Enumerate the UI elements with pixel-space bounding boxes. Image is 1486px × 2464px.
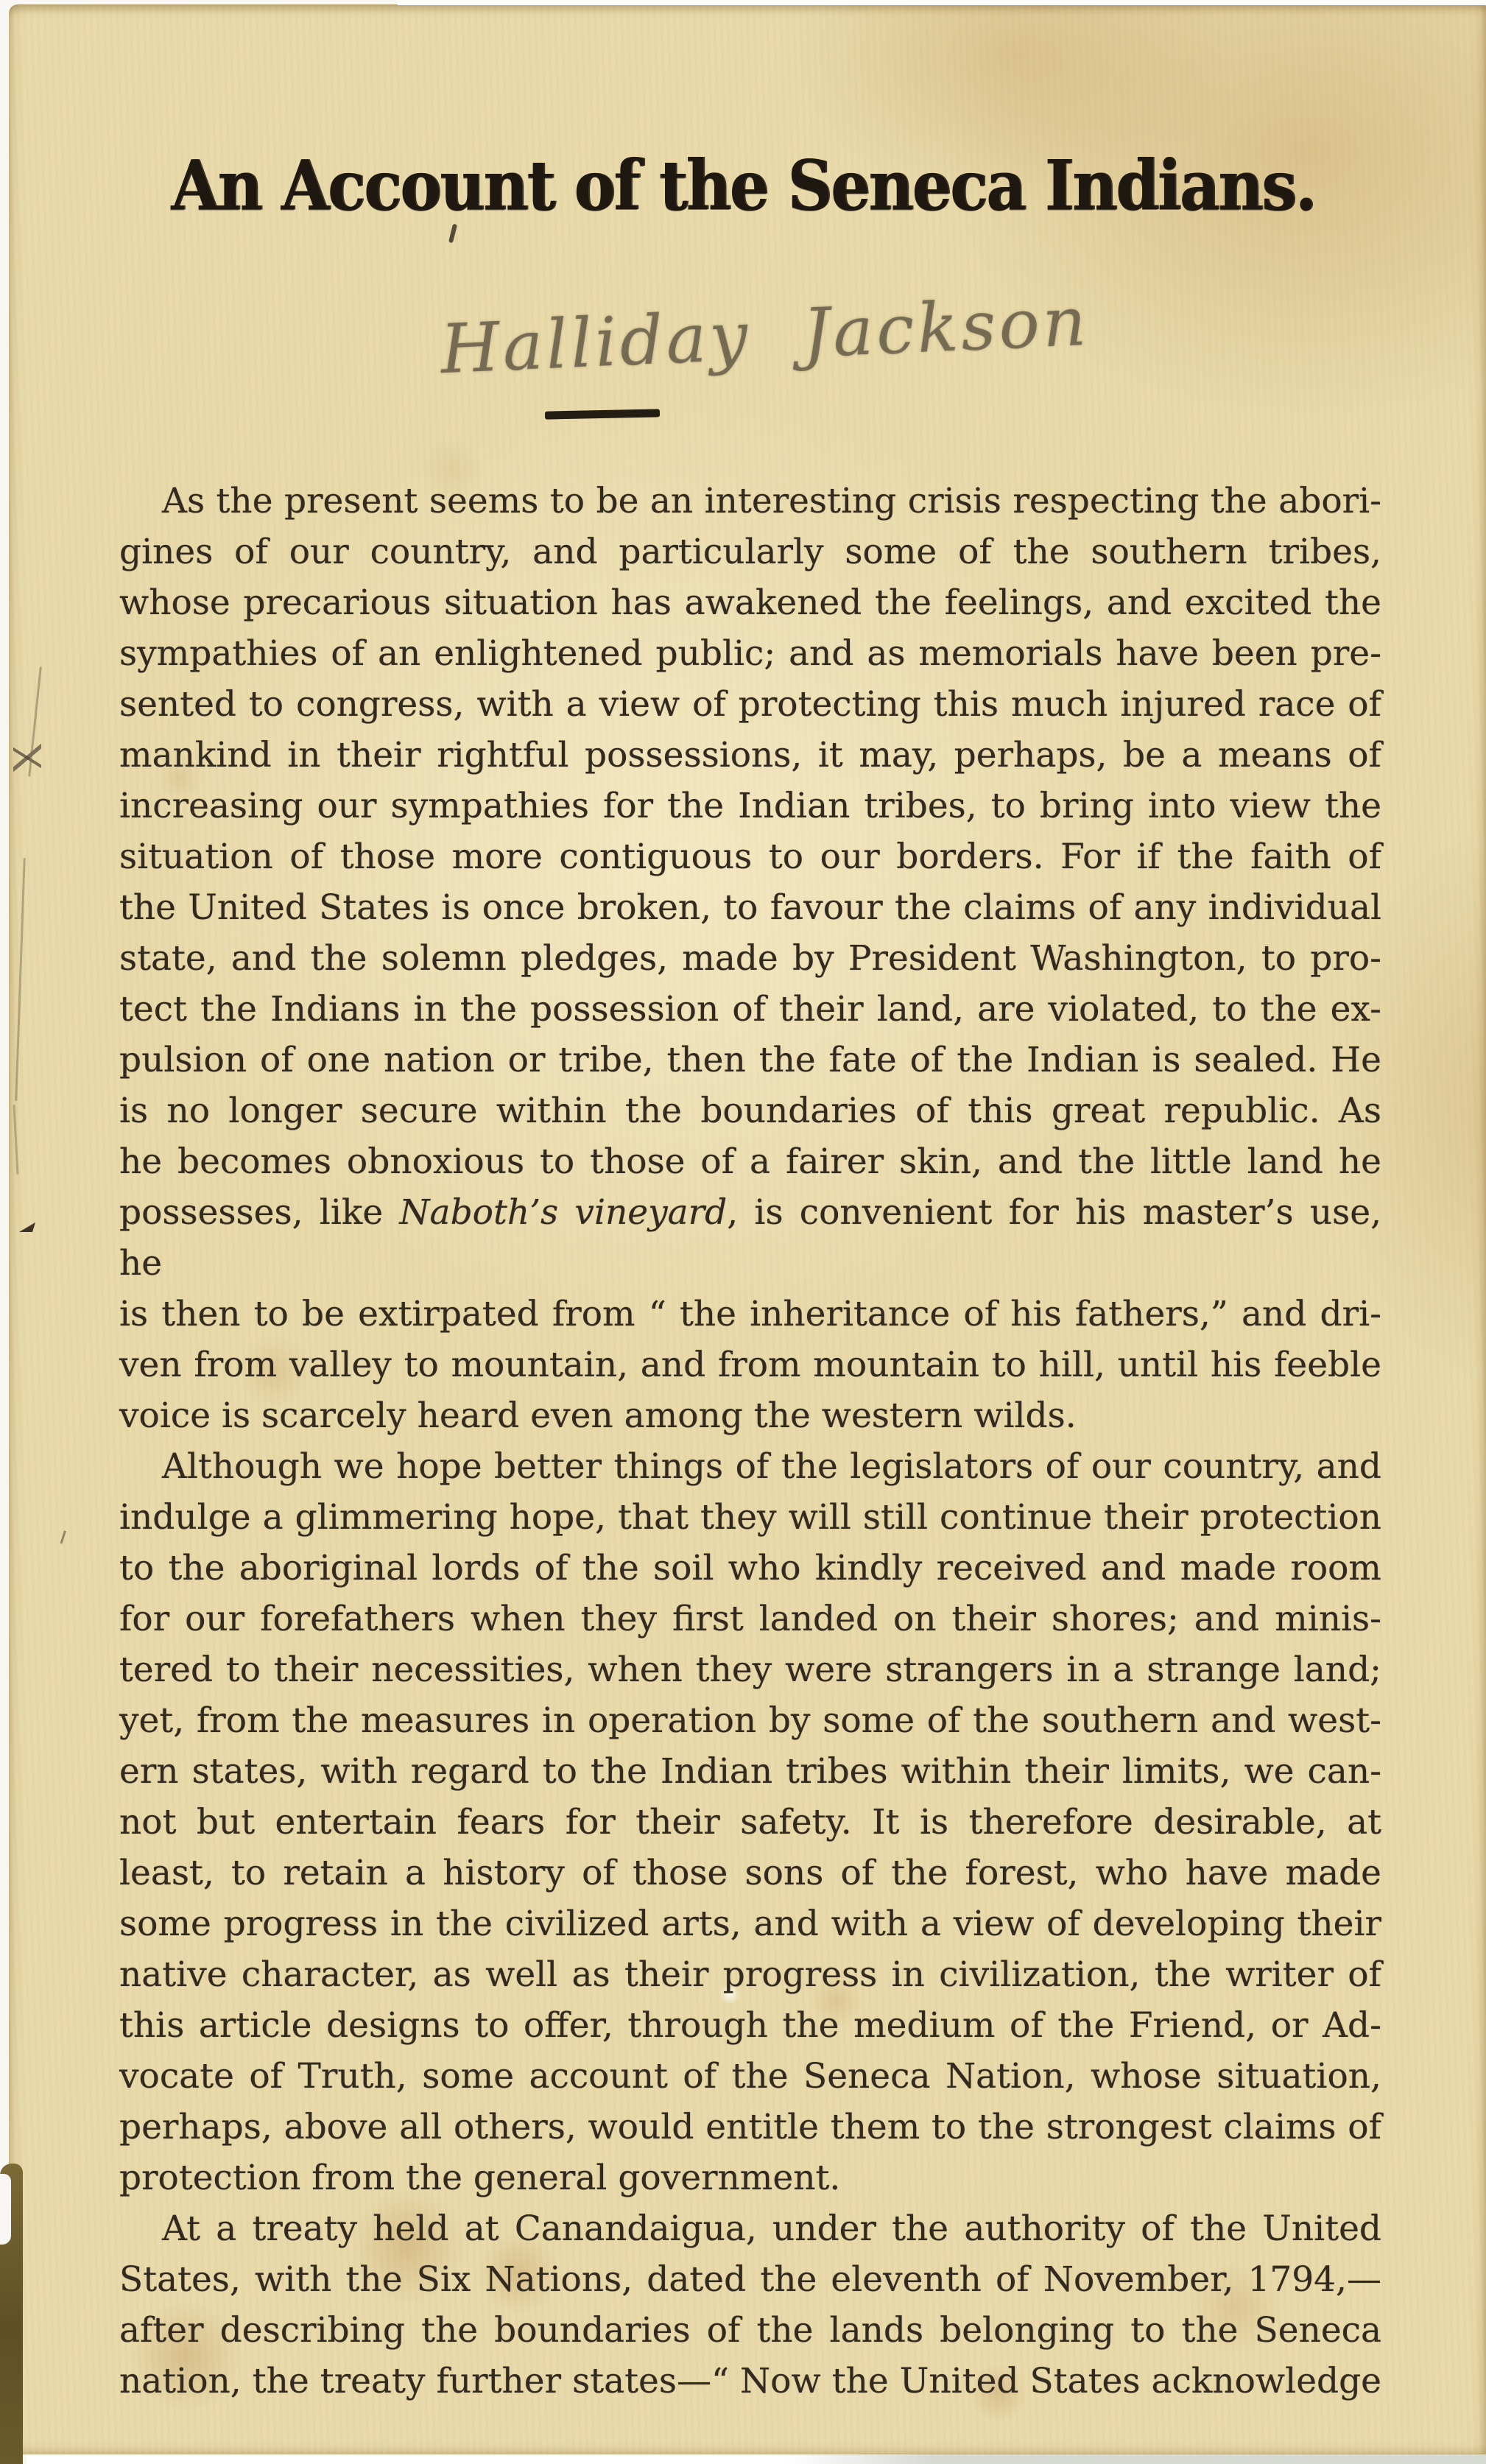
text-line: pulsion of one nation or tribe, then the… (119, 1035, 1381, 1085)
text-line: sented to congress, with a view of prote… (119, 679, 1381, 730)
text-line: vocate of Truth, some account of the Sen… (119, 2051, 1381, 2102)
scanner-bottom-edge (27, 2454, 1486, 2464)
text-line: yet, from the measures in operation by s… (119, 1695, 1381, 1746)
gutter-edge-notch (0, 2174, 11, 2245)
text-line: the United States is once broken, to fav… (119, 882, 1381, 933)
page-title: An Account of the Seneca Indians. (0, 147, 1486, 223)
text-line: At a treaty held at Canandaigua, under t… (119, 2203, 1381, 2254)
scanner-top-edge (398, 0, 1486, 5)
text-line: gines of our country, and particularly s… (119, 527, 1381, 577)
text-line: least, to retain a history of those sons… (119, 1848, 1381, 1898)
text-line: protection from the general government. (119, 2153, 1381, 2203)
text-line: is no longer secure within the boundarie… (119, 1085, 1381, 1136)
text-line: increasing our sympathies for the Indian… (119, 781, 1381, 831)
text-line: to the aboriginal lords of the soil who … (119, 1543, 1381, 1594)
text-line: whose precarious situation has awakened … (119, 577, 1381, 628)
text-line: this article designs to offer, through t… (119, 2000, 1381, 2051)
text-line: mankind in their rightful possessions, i… (119, 730, 1381, 781)
text-line: ven from valley to mountain, and from mo… (119, 1340, 1381, 1390)
text-line: he becomes obnoxious to those of a faire… (119, 1136, 1381, 1187)
text-line: some progress in the civilized arts, and… (119, 1898, 1381, 1949)
text-line: ern states, with regard to the Indian tr… (119, 1746, 1381, 1797)
text-line: tered to their necessities, when they we… (119, 1644, 1381, 1695)
text-line: for our forefathers when they first land… (119, 1594, 1381, 1644)
text-line: sympathies of an enlightened public; and… (119, 628, 1381, 679)
text-line: voice is scarcely heard even among the w… (119, 1390, 1381, 1441)
text-line: States, with the Six Nations, dated the … (119, 2254, 1381, 2305)
text-line: As the present seems to be an interestin… (119, 476, 1381, 527)
text-line: native character, as well as their progr… (119, 1949, 1381, 2000)
text-line: state, and the solemn pledges, made by P… (119, 933, 1381, 984)
paragraph: Although we hope better things of the le… (119, 1441, 1381, 2203)
text-line: Although we hope better things of the le… (119, 1441, 1381, 1492)
scanned-document: { "document": { "title": "An Account of … (0, 0, 1486, 2464)
text-line: possesses, like Naboth’s vineyard, is co… (119, 1187, 1381, 1289)
text-line: not but entertain fears for their safety… (119, 1797, 1381, 1848)
text-line: is then to be extirpated from “ the inhe… (119, 1289, 1381, 1340)
text-line: perhaps, above all others, would entitle… (119, 2102, 1381, 2153)
text-line: indulge a glimmering hope, that they wil… (119, 1492, 1381, 1543)
pencil-x-mark (13, 738, 41, 778)
text-line: tect the Indians in the possession of th… (119, 984, 1381, 1035)
paragraph: At a treaty held at Canandaigua, under t… (119, 2203, 1381, 2407)
body-text: As the present seems to be an interestin… (119, 476, 1381, 2407)
paragraph: As the present seems to be an interestin… (119, 476, 1381, 1441)
text-line: situation of those more contiguous to ou… (119, 831, 1381, 882)
text-line: nation, the treaty further states—“ Now … (119, 2356, 1381, 2407)
text-line: after describing the boundaries of the l… (119, 2305, 1381, 2356)
